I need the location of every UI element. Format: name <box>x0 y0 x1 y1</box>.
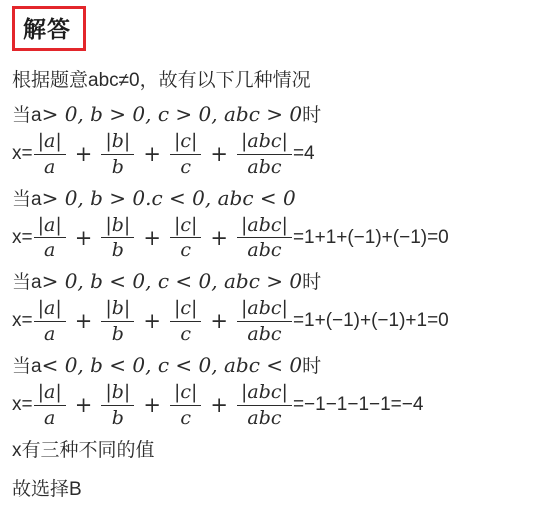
fraction-denominator: a <box>44 155 55 179</box>
fraction-denominator: abc <box>247 155 281 179</box>
plus-operator: + <box>75 309 93 333</box>
plus-operator: + <box>75 226 93 250</box>
fraction-numerator: |a| <box>34 381 66 406</box>
equation-row-1: x= |a|a + |b|b + |c|c + |abc|abc =4 <box>12 130 548 179</box>
fraction-numerator: |abc| <box>237 214 292 239</box>
plus-operator: + <box>75 393 93 417</box>
fraction-abc: |abc|abc <box>237 214 292 263</box>
plus-operator: + <box>210 142 228 166</box>
fraction-b: |b|b <box>101 130 134 179</box>
fraction-numerator: |a| <box>34 214 66 239</box>
fraction-denominator: c <box>180 322 191 346</box>
case-block-1: 当a> 0, b > 0, c > 0, abc > 0时 x= |a|a + … <box>12 100 548 179</box>
condition-math: < 0, b < 0, c < 0, abc < 0 <box>42 353 303 377</box>
case-block-2: 当a> 0, b > 0.c < 0, abc < 0 x= |a|a + |b… <box>12 184 548 263</box>
fraction-denominator: c <box>180 238 191 262</box>
condition-prefix: 当a <box>12 105 42 126</box>
fraction-denominator: b <box>112 155 124 179</box>
condition-math: > 0, b > 0, c > 0, abc > 0 <box>42 102 303 126</box>
fraction-a: |a|a <box>34 297 66 346</box>
equation-lhs: x= <box>12 227 33 249</box>
fraction-c: |c|c <box>170 381 201 430</box>
fraction-numerator: |abc| <box>237 381 292 406</box>
fraction-denominator: b <box>112 238 124 262</box>
fraction-denominator: b <box>112 322 124 346</box>
condition-prefix: 当a <box>12 356 42 377</box>
equation-lhs: x= <box>12 394 33 416</box>
case-block-3: 当a> 0, b < 0, c < 0, abc > 0时 x= |a|a + … <box>12 267 548 346</box>
conclusion-values-text: x有三种不同的值 <box>12 435 548 462</box>
fraction-denominator: abc <box>247 322 281 346</box>
fraction-c: |c|c <box>170 297 201 346</box>
condition-math: > 0, b > 0.c < 0, abc < 0 <box>42 186 296 210</box>
fraction-numerator: |a| <box>34 297 66 322</box>
case-condition-3: 当a> 0, b < 0, c < 0, abc > 0时 <box>12 267 548 294</box>
fraction-denominator: c <box>180 406 191 430</box>
fraction-c: |c|c <box>170 130 201 179</box>
fraction-b: |b|b <box>101 214 134 263</box>
equation-lhs: x= <box>12 143 33 165</box>
plus-operator: + <box>143 393 161 417</box>
fraction-abc: |abc|abc <box>237 381 292 430</box>
fraction-numerator: |c| <box>170 381 201 406</box>
conclusion-answer-text: 故选择B <box>12 474 548 501</box>
plus-operator: + <box>75 142 93 166</box>
equation-lhs: x= <box>12 310 33 332</box>
answer-header-box: 解答 <box>12 6 86 51</box>
solution-document: 解答 根据题意abc≠0，故有以下几种情况 当a> 0, b > 0, c > … <box>0 0 558 501</box>
intro-text: 根据题意abc≠0，故有以下几种情况 <box>12 65 548 92</box>
fraction-c: |c|c <box>170 214 201 263</box>
condition-suffix: 时 <box>302 272 321 293</box>
fraction-numerator: |b| <box>101 130 134 155</box>
equation-result: =4 <box>293 143 315 165</box>
equation-row-3: x= |a|a + |b|b + |c|c + |abc|abc =1+(−1)… <box>12 297 548 346</box>
condition-suffix: 时 <box>302 356 321 377</box>
case-condition-2: 当a> 0, b > 0.c < 0, abc < 0 <box>12 184 548 211</box>
fraction-b: |b|b <box>101 297 134 346</box>
fraction-b: |b|b <box>101 381 134 430</box>
equation-row-4: x= |a|a + |b|b + |c|c + |abc|abc =−1−1−1… <box>12 381 548 430</box>
equation-row-2: x= |a|a + |b|b + |c|c + |abc|abc =1+1+(−… <box>12 214 548 263</box>
fraction-numerator: |a| <box>34 130 66 155</box>
fraction-numerator: |b| <box>101 297 134 322</box>
case-block-4: 当a< 0, b < 0, c < 0, abc < 0时 x= |a|a + … <box>12 351 548 430</box>
plus-operator: + <box>210 309 228 333</box>
equation-result: =1+(−1)+(−1)+1=0 <box>293 310 449 332</box>
case-condition-1: 当a> 0, b > 0, c > 0, abc > 0时 <box>12 100 548 127</box>
plus-operator: + <box>143 309 161 333</box>
condition-prefix: 当a <box>12 189 42 210</box>
plus-operator: + <box>210 226 228 250</box>
condition-math: > 0, b < 0, c < 0, abc > 0 <box>42 269 303 293</box>
plus-operator: + <box>143 142 161 166</box>
fraction-numerator: |abc| <box>237 297 292 322</box>
fraction-denominator: a <box>44 406 55 430</box>
plus-operator: + <box>143 226 161 250</box>
fraction-denominator: abc <box>247 238 281 262</box>
fraction-a: |a|a <box>34 130 66 179</box>
fraction-denominator: abc <box>247 406 281 430</box>
fraction-abc: |abc|abc <box>237 297 292 346</box>
equation-result: =−1−1−1−1=−4 <box>293 394 424 416</box>
fraction-denominator: a <box>44 322 55 346</box>
fraction-numerator: |c| <box>170 130 201 155</box>
condition-suffix: 时 <box>302 105 321 126</box>
answer-header-label: 解答 <box>23 16 71 42</box>
condition-prefix: 当a <box>12 272 42 293</box>
fraction-a: |a|a <box>34 214 66 263</box>
fraction-abc: |abc|abc <box>237 130 292 179</box>
fraction-numerator: |abc| <box>237 130 292 155</box>
fraction-denominator: a <box>44 238 55 262</box>
fraction-denominator: c <box>180 155 191 179</box>
fraction-numerator: |c| <box>170 297 201 322</box>
fraction-denominator: b <box>112 406 124 430</box>
fraction-a: |a|a <box>34 381 66 430</box>
fraction-numerator: |b| <box>101 214 134 239</box>
equation-result: =1+1+(−1)+(−1)=0 <box>293 227 449 249</box>
fraction-numerator: |b| <box>101 381 134 406</box>
fraction-numerator: |c| <box>170 214 201 239</box>
plus-operator: + <box>210 393 228 417</box>
case-condition-4: 当a< 0, b < 0, c < 0, abc < 0时 <box>12 351 548 378</box>
